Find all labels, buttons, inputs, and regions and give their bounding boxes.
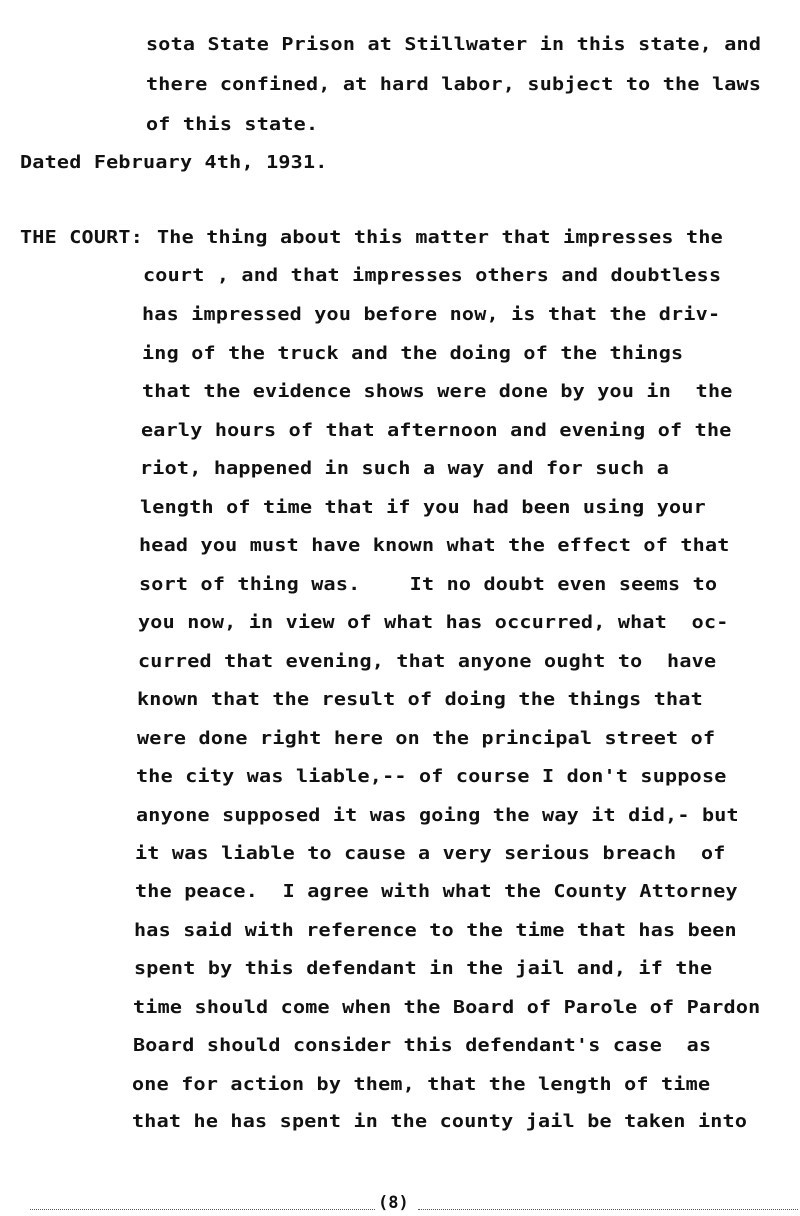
statement-line: time should come when the Board of Parol… <box>133 998 760 1018</box>
statement-first-line: The thing about this matter that impress… <box>157 228 723 248</box>
statement-line: early hours of that afternoon and evenin… <box>141 421 732 441</box>
statement-line: has impressed you before now, is that th… <box>142 305 720 325</box>
statement-line: it was liable to cause a very serious br… <box>135 844 726 864</box>
statement-line: known that the result of doing the thing… <box>137 690 703 710</box>
statement-line: riot, happened in such a way and for suc… <box>140 459 669 479</box>
typewritten-page: sota State Prison at Stillwater in this … <box>0 0 800 1216</box>
continuation-line: there confined, at hard labor, subject t… <box>146 75 761 95</box>
page-number: (8) <box>378 1193 409 1213</box>
speaker-label: THE COURT: <box>20 228 143 248</box>
statement-line: the peace. I agree with what the County … <box>135 882 738 902</box>
statement-line: anyone supposed it was going the way it … <box>136 806 739 826</box>
continuation-line: of this state. <box>146 115 318 135</box>
statement-line: you now, in view of what has occurred, w… <box>138 613 729 633</box>
statement-line: court , and that impresses others and do… <box>143 266 721 286</box>
statement-line: sort of thing was. It no doubt even seem… <box>139 575 717 595</box>
statement-line: were done right here on the principal st… <box>137 729 715 749</box>
statement-line: length of time that if you had been usin… <box>140 498 706 518</box>
footer-dotted-rule-right <box>418 1209 798 1210</box>
statement-line: that the evidence shows were done by you… <box>142 382 733 402</box>
statement-line: spent by this defendant in the jail and,… <box>134 959 712 979</box>
statement-line: curred that evening, that anyone ought t… <box>138 652 716 672</box>
statement-line: the city was liable,-- of course I don't… <box>136 767 727 787</box>
statement-line: Board should consider this defendant's c… <box>133 1036 711 1056</box>
statement-line: that he has spent in the county jail be … <box>132 1112 747 1132</box>
dated-line: Dated February 4th, 1931. <box>20 153 328 173</box>
statement-line: head you must have known what the effect… <box>139 536 730 556</box>
statement-line: one for action by them, that the length … <box>132 1075 710 1095</box>
statement-line: ing of the truck and the doing of the th… <box>142 344 683 364</box>
footer-dotted-rule-left <box>30 1209 375 1210</box>
statement-line: has said with reference to the time that… <box>134 921 737 941</box>
continuation-line: sota State Prison at Stillwater in this … <box>146 35 761 55</box>
